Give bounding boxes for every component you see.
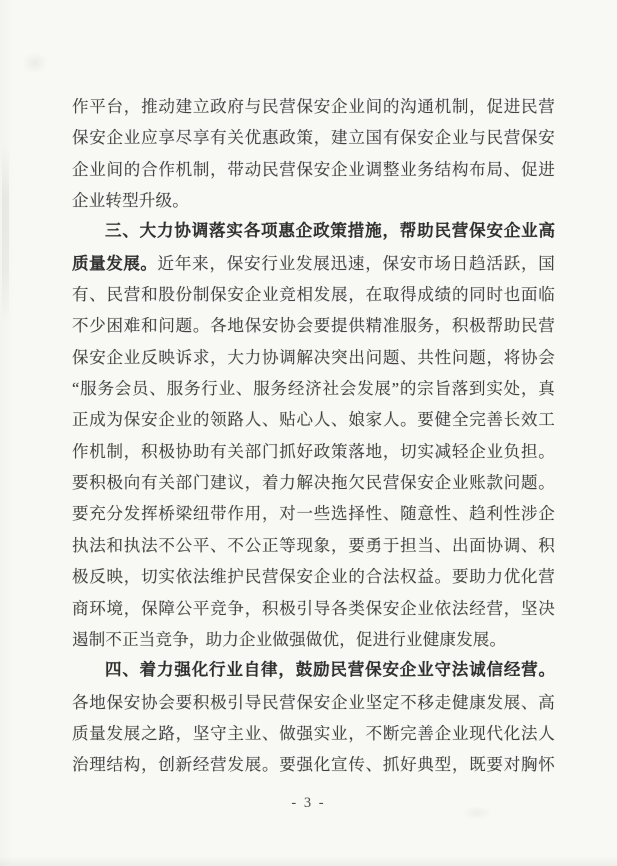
text-line: 治理结构，创新经营发展。要强化宣传、抓好典型，既要对胸怀: [72, 749, 555, 780]
text-line: 质量发展之路，坚守主业、做强实业，不断完善企业现代化法人: [72, 718, 555, 749]
text-line: 作机制，积极协助有关部门抓好政策落地，切实减轻企业负担。: [72, 436, 555, 467]
section-heading-4: 四、着力强化行业自律，鼓励民营保安企业守法诚信经营。: [72, 655, 555, 686]
text-line: 正成为保安企业的领路人、贴心人、娘家人。要健全完善长效工: [72, 404, 555, 435]
scan-edge-shadow: [0, 856, 617, 866]
scanned-document-page: 作平台，推动建立政府与民营保安企业间的沟通机制，促进民营 保安企业应享尽享有关优…: [0, 0, 617, 866]
text-line: 作平台，推动建立政府与民营保安企业间的沟通机制，促进民营: [72, 91, 555, 122]
text-segment: 近年来，保安行业发展迅速，保安市场日趋活跃，国: [158, 254, 555, 273]
text-line: 保安企业反映诉求，大力协调解决突出问题、共性问题，将协会: [72, 342, 555, 373]
page-number: - 3 -: [0, 795, 617, 812]
text-line: 要积极向有关部门建议，着力解决拖欠民营保安企业账款问题。: [72, 467, 555, 498]
text-line: 不少困难和问题。各地保安协会要提供精准服务，积极帮助民营: [72, 310, 555, 341]
text-line: “服务会员、服务行业、服务经济社会发展”的宗旨落到实处，真: [72, 373, 555, 404]
text-line: 遏制不正当竞争，助力企业做强做优，促进行业健康发展。: [72, 624, 555, 655]
text-line: 极反映，切实依法维护民营保安企业的合法权益。要助力优化营: [72, 561, 555, 592]
text-line: 企业间的合作机制，带动民营保安企业调整业务结构布局、促进: [72, 154, 555, 185]
section-heading-3: 三、大力协调落实各项惠企政策措施，帮助民营保安企业高: [72, 216, 555, 247]
scan-smudge-artifact: [22, 52, 48, 74]
scan-streak-artifact: [2, 145, 9, 325]
text-line: 企业转型升级。: [72, 185, 555, 216]
text-line: 执法和执法不公平、不公正等现象，要勇于担当、出面协调、积: [72, 530, 555, 561]
text-line: 有、民营和股份制保安企业竞相发展，在取得成绩的同时也面临: [72, 279, 555, 310]
text-line: 保安企业应享尽享有关优惠政策，建立国有保安企业与民营保安: [72, 122, 555, 153]
text-line: 商环境，保障公平竞争，积极引导各类保安企业依法经营，坚决: [72, 593, 555, 624]
text-line: 各地保安协会要积极引导民营保安企业坚定不移走健康发展、高: [72, 687, 555, 718]
text-line: 要充分发挥桥梁纽带作用，对一些选择性、随意性、趋利性涉企: [72, 498, 555, 529]
document-body: 作平台，推动建立政府与民营保安企业间的沟通机制，促进民营 保安企业应享尽享有关优…: [72, 91, 555, 781]
heading-continuation: 质量发展。: [72, 255, 158, 273]
text-line: 质量发展。近年来，保安行业发展迅速，保安市场日趋活跃，国: [72, 248, 555, 279]
